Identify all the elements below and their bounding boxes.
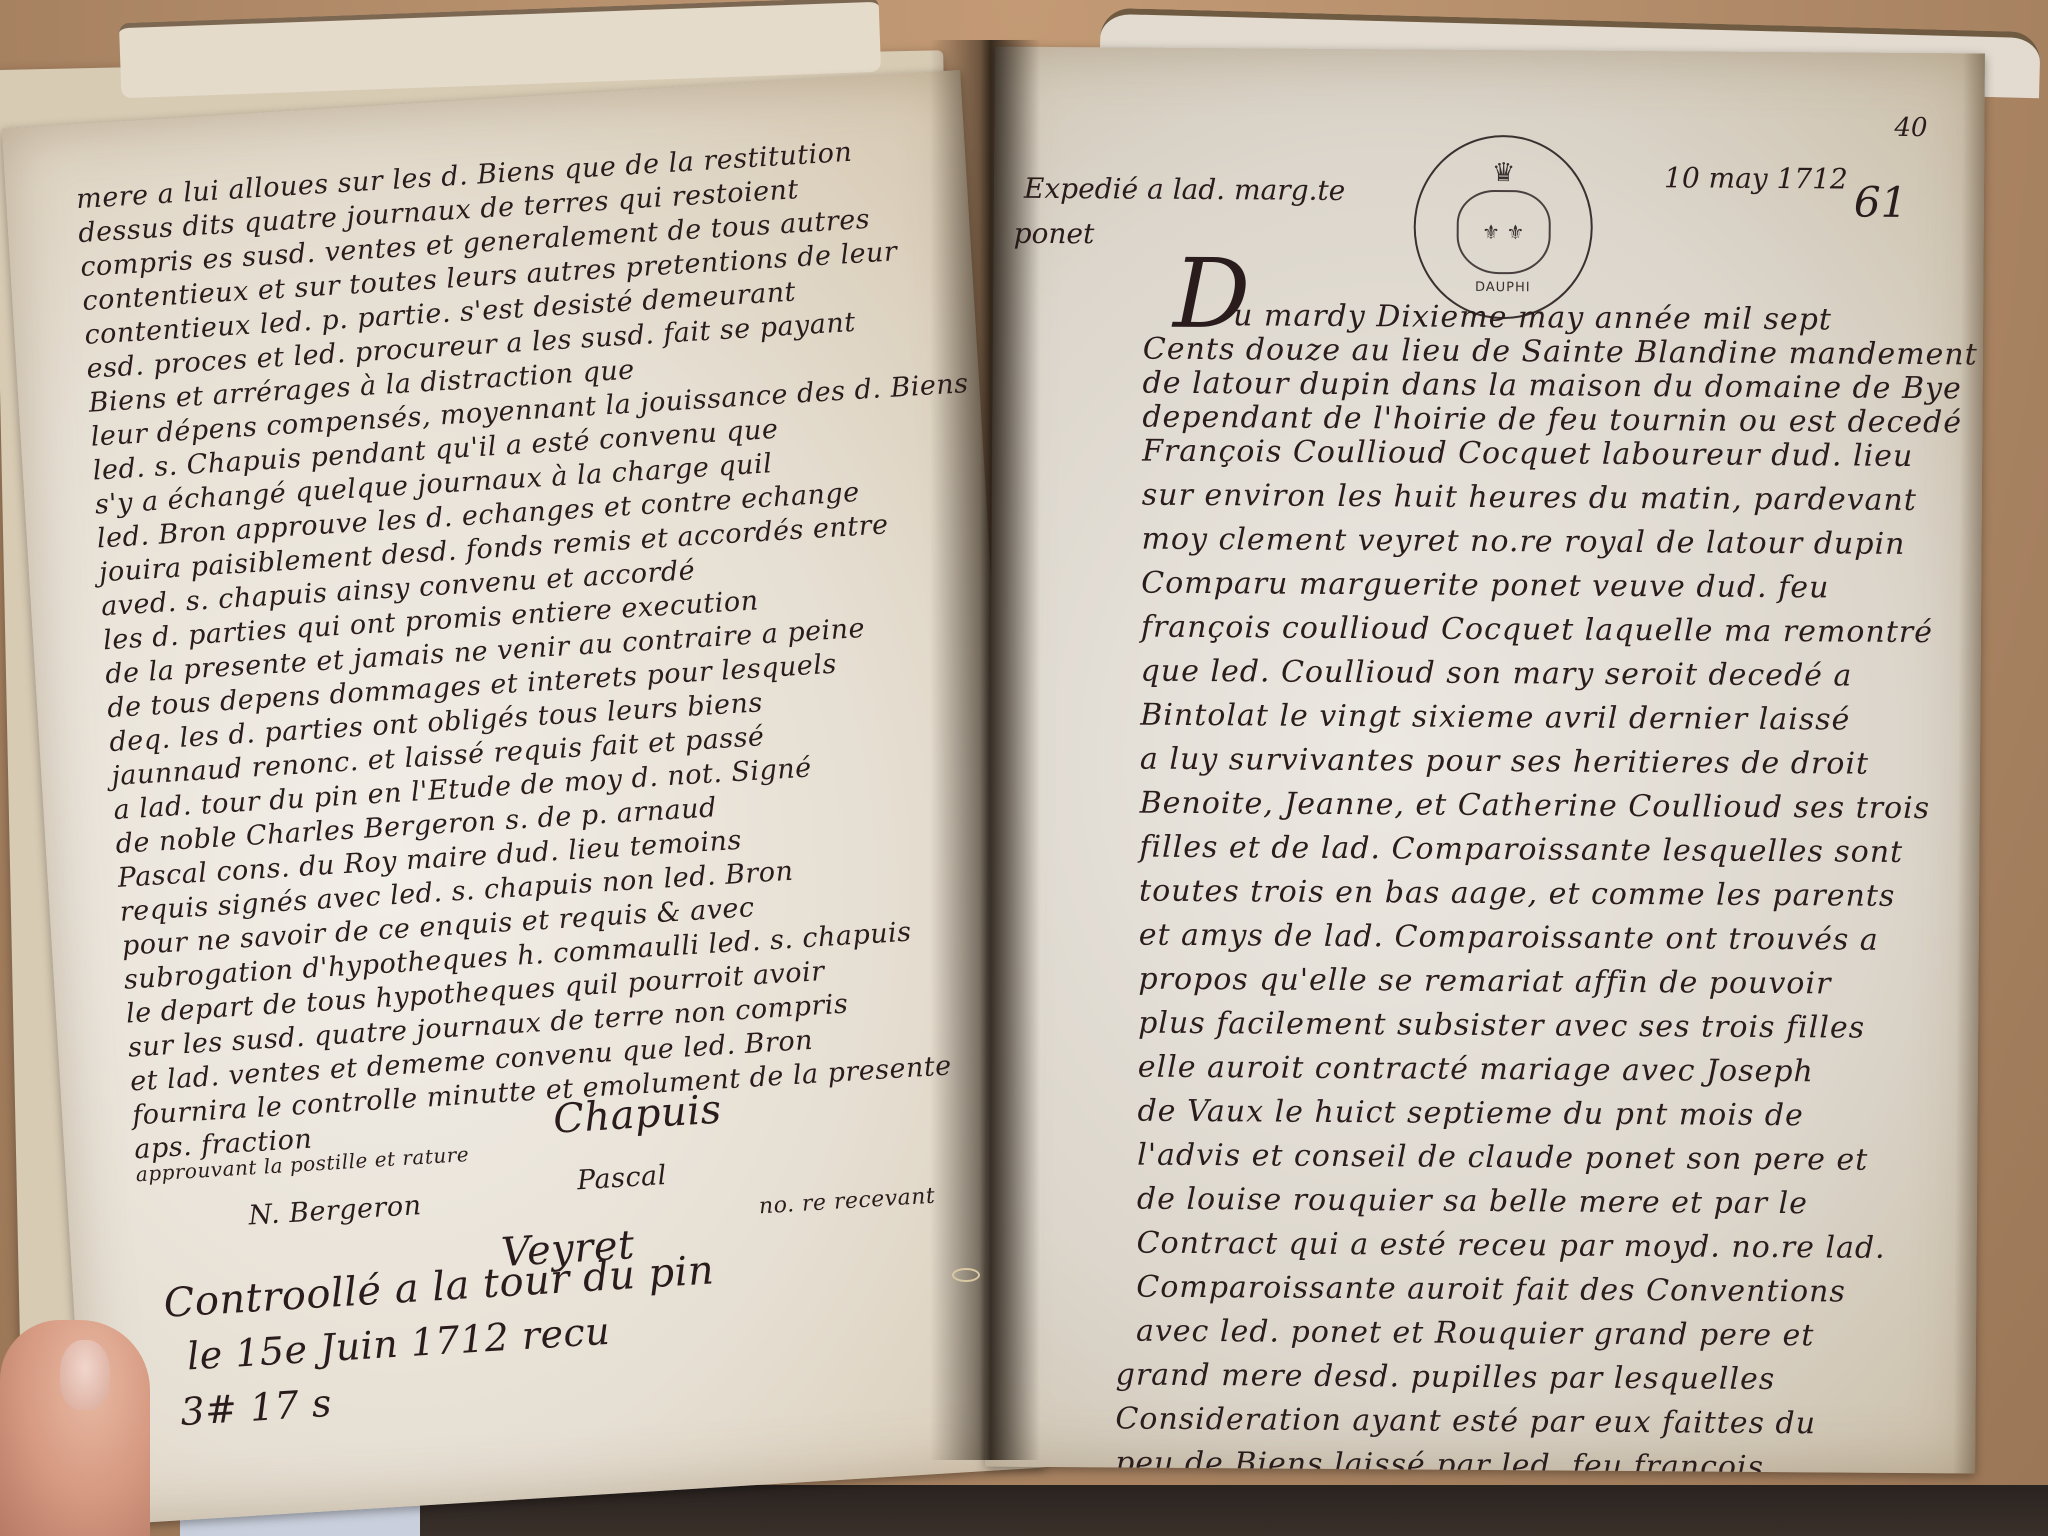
holding-thumb: [0, 1320, 150, 1536]
seal-fleurs: ⚜ ⚜: [1482, 219, 1524, 243]
text-line: François Coullioud Cocquet laboureur dud…: [1142, 434, 1913, 474]
text-line: moy clement veyret no.re royal de latour…: [1141, 522, 1905, 562]
text-line: Contract qui a esté receu par moyd. no.r…: [1136, 1226, 1885, 1266]
text-line: que led. Coullioud son mary seroit deced…: [1140, 654, 1852, 694]
text-line: Benoite, Jeanne, et Catherine Coullioud …: [1140, 786, 1931, 827]
text-line: françois coullioud Cocquet laquelle ma r…: [1141, 610, 1933, 651]
text-line: grand mere desd. pupilles par lesquelles: [1116, 1357, 1776, 1397]
thumbnail: [60, 1340, 110, 1410]
control-note-line1: Controollé a la tour du pin: [162, 1247, 715, 1327]
text-line: de louise rouquier sa belle mere et par …: [1137, 1182, 1808, 1222]
signature-bergeron: N. Bergeron: [248, 1190, 423, 1232]
binding-stitch: [952, 1268, 980, 1282]
text-line: de Vaux le huict septieme du pnt mois de: [1137, 1094, 1803, 1134]
text-line: plus facilement subsister avec ses trois…: [1138, 1006, 1865, 1046]
text-line: Consideration ayant esté par eux faittes…: [1115, 1401, 1816, 1441]
stamp-seal: ♛ ⚜ ⚜ DAUPHI: [1413, 134, 1593, 319]
crown-icon: ♛: [1492, 160, 1515, 186]
text-line: sur environ les huit heures du matin, pa…: [1142, 478, 1917, 518]
folio-number: 61: [1854, 178, 1908, 227]
text-line: et amys de lad. Comparoissante ont trouv…: [1139, 918, 1879, 958]
signature-pascal: Pascal: [576, 1160, 667, 1196]
seal-legend: DAUPHI: [1475, 279, 1531, 294]
notary-note: no. re recevant: [758, 1184, 936, 1220]
control-note-line3: 3# 17 s: [179, 1381, 333, 1434]
margin-note-line1: Expedié a lad. marg.te: [1024, 172, 1346, 207]
left-page: mere a lui alloues sur les d. Biens que …: [2, 70, 1046, 1526]
text-line: u mardy Dixieme may année mil sept: [1233, 298, 1832, 337]
text-line: filles et de lad. Comparoissante lesquel…: [1139, 830, 1903, 870]
top-small-number: 40: [1894, 113, 1927, 143]
text-line: l'advis et conseil de claude ponet son p…: [1137, 1138, 1868, 1178]
signature-chapuis: Chapuis: [552, 1087, 723, 1143]
table-edge: [420, 1485, 2048, 1536]
text-line: Bintolat le vingt sixieme avril dernier …: [1140, 698, 1850, 738]
text-line: a luy survivantes pour ses heritieres de…: [1140, 742, 1869, 782]
text-line: avec led. ponet et Rouquier grand pere e…: [1136, 1314, 1815, 1354]
text-line: propos qu'elle se remariat affin de pouv…: [1138, 962, 1831, 1002]
book-gutter: [930, 40, 1040, 1460]
text-line: elle auroit contracté mariage avec Josep…: [1138, 1050, 1814, 1090]
right-page: 40 Expedié a lad. marg.te ponet 10 may 1…: [985, 47, 1985, 1474]
text-line: Comparoissante auroit fait des Conventio…: [1136, 1270, 1846, 1310]
text-line: Comparu marguerite ponet veuve dud. feu: [1141, 566, 1829, 606]
fleur-de-lis-icon: ⚜ ⚜: [1456, 189, 1551, 274]
header-date: 10 may 1712: [1664, 161, 1848, 195]
text-line: toutes trois en bas aage, et comme les p…: [1139, 874, 1895, 914]
